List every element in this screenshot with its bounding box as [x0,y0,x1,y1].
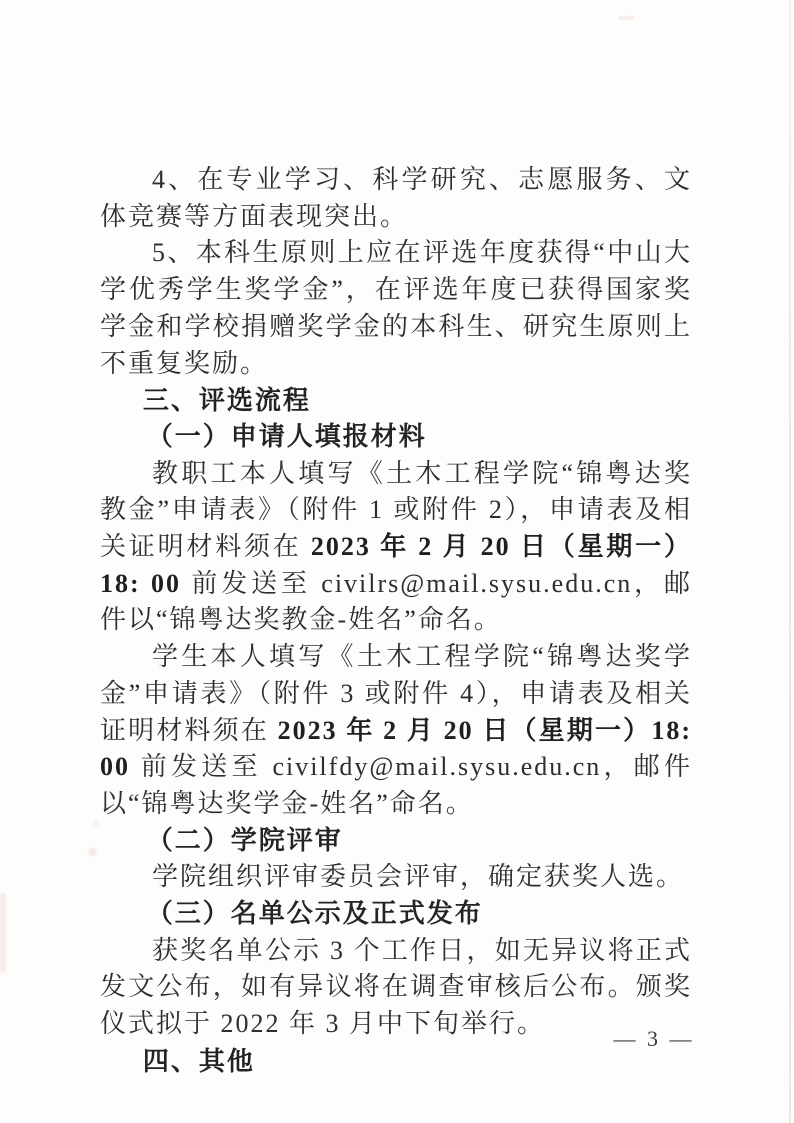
scan-smudge-left [0,893,6,973]
subsection-heading-publicity-release: （三）名单公示及正式发布 [100,896,692,933]
paragraph-text: 学院组织评审委员会评审，确定获奖人选。 [152,862,684,891]
heading-text: （三）名单公示及正式发布 [147,899,483,928]
paragraph-publicity-ceremony: 获奖名单公示 3 个工作日，如无异议将正式发文公布，如有异议将在调查审核后公布。… [100,933,692,1043]
section-heading-selection-process: 三、评选流程 [100,382,692,419]
paragraph-criterion-4: 4、在专业学习、科学研究、志愿服务、文体竞赛等方面表现突出。 [100,162,692,235]
heading-text: 四、其他 [143,1046,255,1076]
scan-speck [618,16,634,20]
subsection-heading-application-materials: （一）申请人填报材料 [100,419,692,456]
heading-text: 三、评选流程 [143,385,311,415]
paragraph-staff-application: 教职工本人填写《土木工程学院“锦粤达奖教金”申请表》（附件 1 或附件 2），申… [100,456,692,640]
scan-edge-line [789,0,791,1123]
scanned-document-page: 4、在专业学习、科学研究、志愿服务、文体竞赛等方面表现突出。 5、本科生原则上应… [0,0,794,1123]
paragraph-criterion-5: 5、本科生原则上应在评选年度获得“中山大学优秀学生奖学金”，在评选年度已获得国家… [100,235,692,382]
paragraph-student-application: 学生本人填写《土木工程学院“锦粤达奖学金”申请表》（附件 3 或附件 4），申请… [100,639,692,823]
paragraph-text-with-student-email: 前发送至 civilfdy@mail.sysu.edu.cn，邮件以“锦粤达奖学… [100,752,692,818]
paragraph-text: 获奖名单公示 3 个工作日，如无异议将正式发文公布，如有异议将在调查审核后公布。… [100,936,692,1038]
heading-text: （二）学院评审 [147,826,343,855]
scan-speck [88,848,97,856]
paragraph-text: 4、在专业学习、科学研究、志愿服务、文体竞赛等方面表现突出。 [100,165,692,231]
section-heading-others: 四、其他 [100,1043,692,1080]
subsection-heading-college-review: （二）学院评审 [100,823,692,860]
heading-text: （一）申请人填报材料 [147,422,427,451]
page-number: — 3 — [608,1026,700,1052]
scan-speck [93,820,99,826]
paragraph-college-review: 学院组织评审委员会评审，确定获奖人选。 [100,859,692,896]
document-body: 4、在专业学习、科学研究、志愿服务、文体竞赛等方面表现突出。 5、本科生原则上应… [100,162,692,1080]
paragraph-text: 5、本科生原则上应在评选年度获得“中山大学优秀学生奖学金”，在评选年度已获得国家… [100,238,692,377]
